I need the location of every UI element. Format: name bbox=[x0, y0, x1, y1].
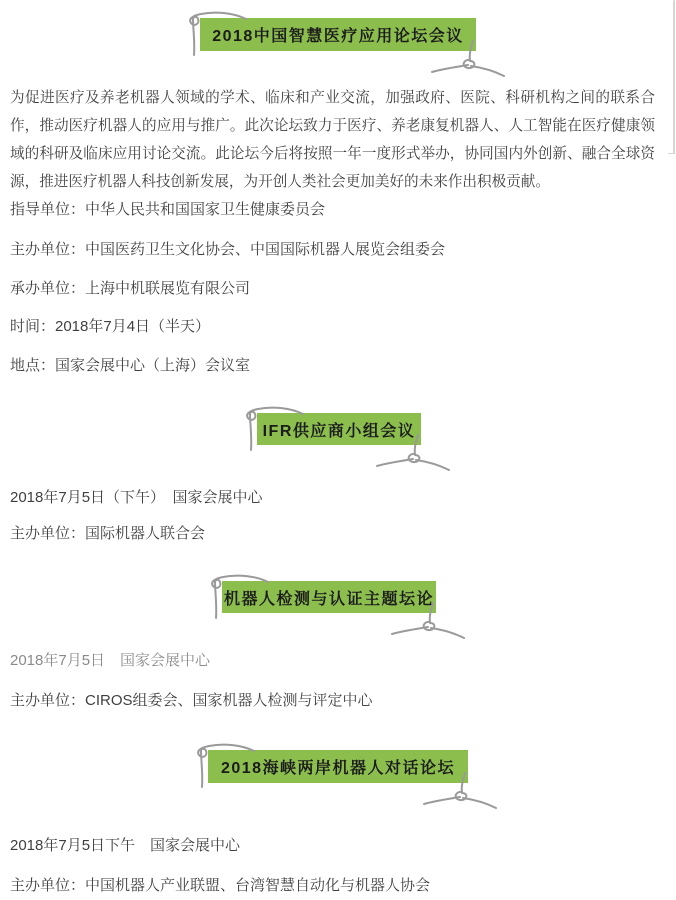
scrollbar-thumb[interactable] bbox=[673, 0, 675, 154]
pin-scribble-icon bbox=[422, 772, 498, 812]
host-unit-line: 主办单位：CIROS组委会、国家机器人检测与评定中心 bbox=[10, 691, 373, 711]
organizer-unit-line: 承办单位：上海中机联展览有限公司 bbox=[10, 279, 250, 299]
banner-title: 2018海峡两岸机器人对话论坛 bbox=[221, 755, 455, 778]
host-unit-line: 主办单位：中国医药卫生文化协会、中国国际机器人展览会组委会 bbox=[10, 240, 445, 260]
banner-cross-strait-forum: 2018海峡两岸机器人对话论坛 bbox=[208, 750, 468, 783]
datetime-venue-line: 2018年7月5日 国家会展中心 bbox=[10, 651, 210, 671]
forum-intro-paragraph: 为促进医疗及养老机器人领域的学术、临床和产业交流，加强政府、医院、科研机构之间的… bbox=[10, 84, 655, 196]
intro-line: 作，推动医疗机器人的应用与推广。此次论坛致力于医疗、养老康复机器人、人工智能在医… bbox=[10, 112, 655, 140]
banner-robot-testing-forum: 机器人检测与认证主题坛论 bbox=[222, 581, 436, 613]
pin-scribble-icon bbox=[430, 40, 506, 80]
banner-title: 2018中国智慧医疗应用论坛会议 bbox=[212, 23, 464, 46]
guidance-unit-line: 指导单位：中华人民共和国国家卫生健康委员会 bbox=[10, 200, 325, 220]
conference-schedule-page: 2018中国智慧医疗应用论坛会议 为促进医疗及养老机器人领域的学术、临床和产业交… bbox=[0, 0, 676, 900]
intro-line: 为促进医疗及养老机器人领域的学术、临床和产业交流，加强政府、医院、科研机构之间的… bbox=[10, 84, 655, 112]
venue-line: 地点：国家会展中心（上海）会议室 bbox=[10, 356, 250, 376]
datetime-venue-line: 2018年7月5日（下午） 国家会展中心 bbox=[10, 488, 263, 508]
host-unit-line: 主办单位：中国机器人产业联盟、台湾智慧自动化与机器人协会 bbox=[10, 876, 430, 896]
host-unit-line: 主办单位：国际机器人联合会 bbox=[10, 524, 205, 544]
banner-smart-medical-forum: 2018中国智慧医疗应用论坛会议 bbox=[200, 18, 476, 51]
datetime-venue-line: 2018年7月5日下午 国家会展中心 bbox=[10, 836, 240, 856]
intro-line: 源，推进医疗机器人科技创新发展，为开创人类社会更加美好的未来作出积极贡献。 bbox=[10, 168, 655, 196]
time-line: 时间：2018年7月4日（半天） bbox=[10, 317, 210, 337]
scrollbar-thumb-foot bbox=[668, 153, 675, 154]
intro-line: 域的科研及临床应用讨论交流。此论坛今后将按照一年一度形式举办，协同国内外创新、融… bbox=[10, 140, 655, 168]
banner-title: IFR供应商小组会议 bbox=[263, 418, 416, 441]
banner-ifr-supplier-meeting: IFR供应商小组会议 bbox=[257, 413, 421, 445]
banner-title: 机器人检测与认证主题坛论 bbox=[224, 586, 434, 609]
